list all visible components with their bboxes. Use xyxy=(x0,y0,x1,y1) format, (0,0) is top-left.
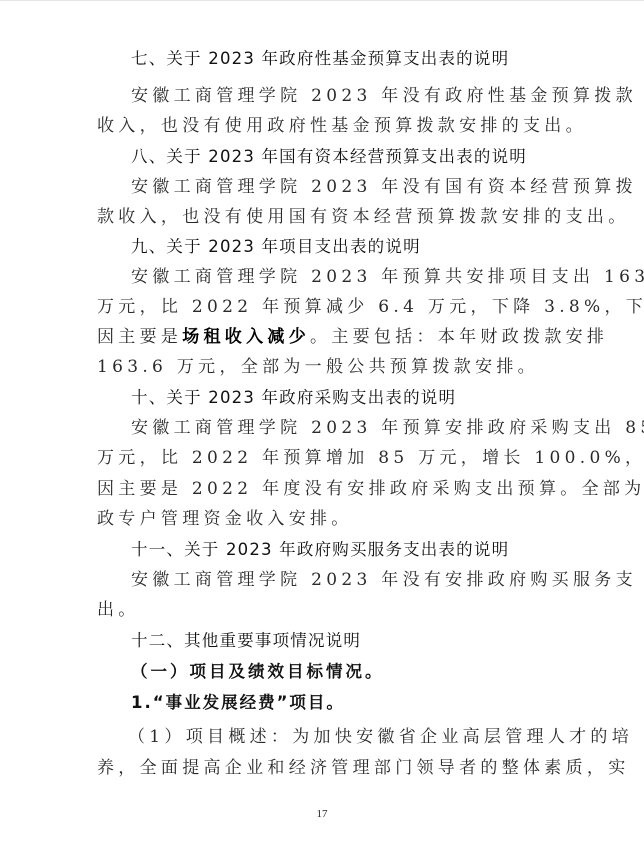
paragraph-line: 万元，比 2022 年预算增加 85 万元，增长 100.0%，增长原 xyxy=(97,447,644,469)
paragraph-line: 政专户管理资金收入安排。 xyxy=(97,508,353,530)
section-heading-11: 十一、关于 2023 年政府购买服务支出表的说明 xyxy=(131,539,509,561)
section-heading-12: 十二、其他重要事项情况说明 xyxy=(131,630,361,652)
paragraph-line: （1）项目概述：为加快安徽省企业高层管理人才的培 xyxy=(128,726,633,748)
paragraph-line: 出。 xyxy=(97,599,140,621)
subsection-heading: （一）项目及绩效目标情况。 xyxy=(131,661,385,683)
paragraph-line: 安徽工商管理学院 2023 年预算安排政府采购支出 85 xyxy=(131,417,644,439)
paragraph-line: 因主要是场租收入减少。主要包括：本年财政拨款安排 xyxy=(97,326,608,348)
emphasis-text: 场租收入减少 xyxy=(182,327,310,347)
paragraph-line: 收入，也没有使用政府性基金预算拨款安排的支出。 xyxy=(97,115,587,137)
section-heading-9: 九、关于 2023 年项目支出表的说明 xyxy=(131,236,421,258)
paragraph-line: 163.6 万元，全部为一般公共预算拨款安排。 xyxy=(97,356,539,378)
section-heading-10: 十、关于 2023 年政府采购支出表的说明 xyxy=(131,387,456,409)
paragraph-line: 安徽工商管理学院 2023 年没有政府性基金预算拨款 xyxy=(131,85,637,107)
paragraph-line: 万元，比 2022 年预算减少 6.4 万元，下降 3.8%，下降原 xyxy=(97,296,644,318)
paragraph-line: 安徽工商管理学院 2023 年没有国有资本经营预算拨 xyxy=(131,176,637,198)
paragraph-line: 款收入，也没有使用国有资本经营预算拨款安排的支出。 xyxy=(97,206,630,228)
paragraph-line: 因主要是 2022 年度没有安排政府采购支出预算。全部为财 xyxy=(97,478,644,500)
document-page: 七、关于 2023 年政府性基金预算支出表的说明 安徽工商管理学院 2023 年… xyxy=(0,0,644,854)
paragraph-line: 安徽工商管理学院 2023 年预算共安排项目支出 163.6 xyxy=(131,266,644,288)
text-run: 。主要包括：本年财政拨款安排 xyxy=(310,327,608,347)
text-run: 因主要是 xyxy=(97,327,182,347)
section-heading-8: 八、关于 2023 年国有资本经营预算支出表的说明 xyxy=(131,146,527,168)
item-heading: 1.“事业发展经费”项目。 xyxy=(131,692,345,714)
paragraph-line: 养，全面提高企业和经济管理部门领导者的整体素质，实 xyxy=(97,757,630,779)
page-number: 17 xyxy=(0,808,644,820)
section-heading-7: 七、关于 2023 年政府性基金预算支出表的说明 xyxy=(131,48,509,70)
paragraph-line: 安徽工商管理学院 2023 年没有安排政府购买服务支 xyxy=(131,569,637,591)
